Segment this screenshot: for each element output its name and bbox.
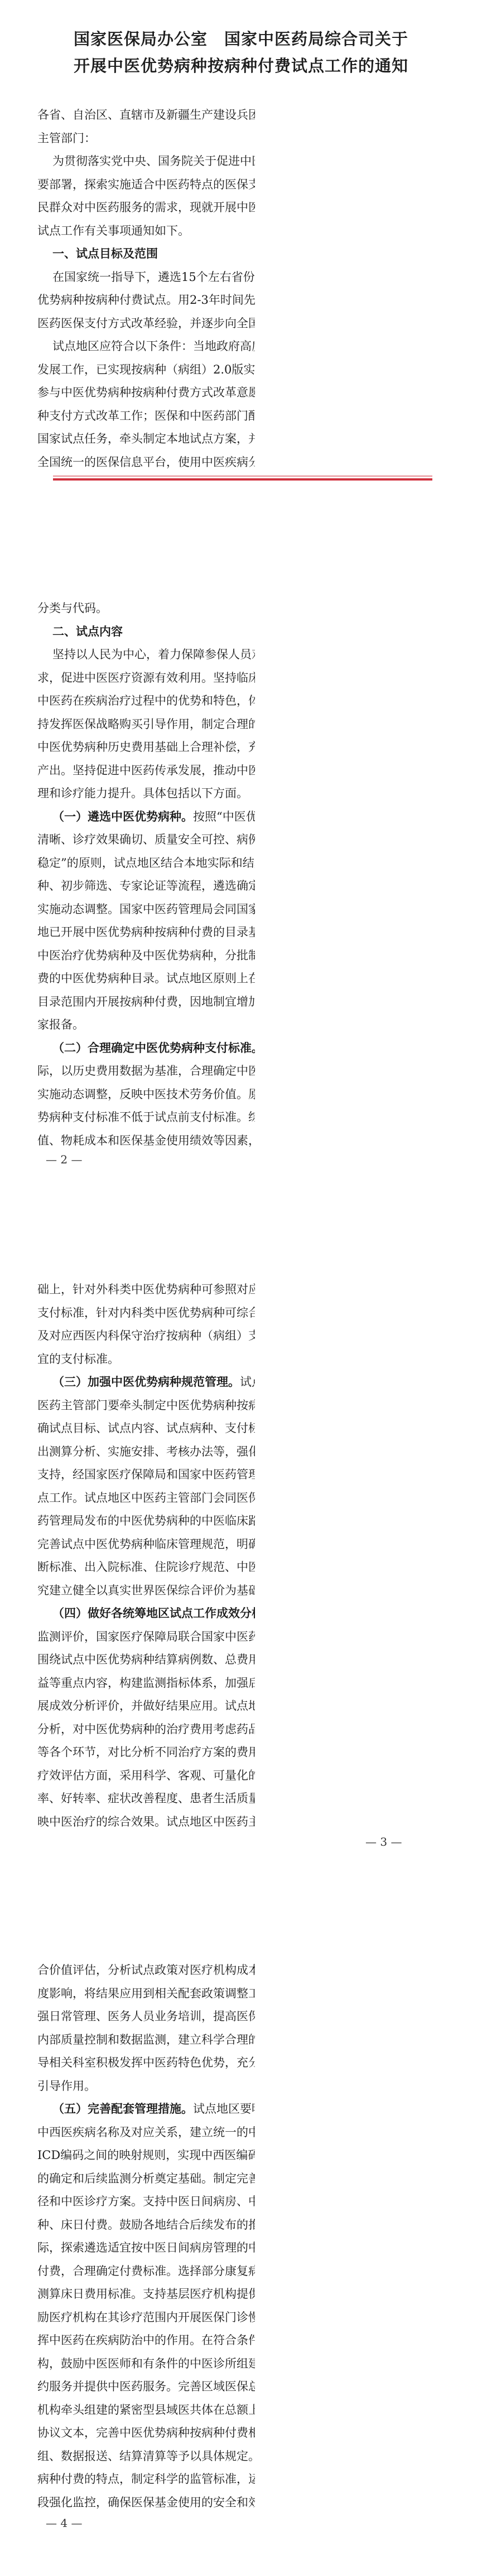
text-line: 全国统一的医保信息平台，使用中医疾病分类与代码、中医证候 [37, 451, 255, 474]
text-line: 为贯彻落实党中央、国务院关于促进中医药传承创新发展重 [37, 150, 255, 173]
text-line: 试点地区应符合以下条件：当地政府高度重视医保和中医药 [37, 335, 255, 358]
text-line: 础上，针对外科类中医优势病种可参照对应西医按病种（病组） [37, 1278, 255, 1302]
text-line: 种、床日付费。鼓励各地结合后续发布的推荐病种目录和本地实 [37, 2214, 255, 2237]
text-line: 求，促进中医医疗资源有效利用。坚持临床价值导向，充分发挥 [37, 667, 255, 690]
text-line: 医药主管部门要牵头制定中医优势病种按病种付费试点方案，明 [37, 1394, 255, 1418]
text-line: 家报备。 [37, 1013, 255, 1037]
text-line: 中医治疗优势病种及中医优势病种，分批制定发布适宜按病种付 [37, 944, 255, 968]
text-line: （三）加强中医优势病种规范管理。试点地区医保部门和中 [37, 1371, 255, 1394]
text-line: 稳定”的原则，试点地区结合本地实际和结算数据，通过收集病 [37, 852, 255, 875]
text-line: 出测算分析、实施安排、考核办法等，强化信息系统和配套政策 [37, 1440, 255, 1464]
text-line: 展成效分析评价，并做好结果应用。试点地区要加强疗效和费用 [37, 1695, 255, 1718]
text-line: 地已开展中医优势病种按病种付费的目录基础上，结合已发布的 [37, 921, 255, 944]
text-line: 中医药在疾病治疗过程中的优势和特色，体现中医服务价值。坚 [37, 690, 255, 713]
text-line: 点工作。试点地区中医药主管部门会同医保部门，参考国家中医 [37, 1487, 255, 1510]
text-line: 实施动态调整。国家中医药管理局会同国家医疗保障局，将在各 [37, 898, 255, 921]
text-line: 等各个环节，对比分析不同治疗方案的费用构成和治疗效果，在 [37, 1741, 255, 1764]
text-line: 产出。坚持促进中医药传承发展，推动中医优势病种的规范化管 [37, 759, 255, 783]
red-separator-thick [53, 478, 432, 481]
text-line: 组、数据报送、结算清算等予以具体规定。针对中医优势病种按 [37, 2445, 255, 2468]
page-4-body: 合价值评估，分析试点政策对医疗机构成本、收益和患者获益程度影响，将结果应用到相关… [37, 1959, 255, 2514]
text-line: 付费，合理确定付费标准。选择部分康复病种按床日付费，合理 [37, 2260, 255, 2283]
text-line: 主管部门： [37, 127, 255, 151]
text-line: 分类与代码。 [37, 597, 255, 620]
text-line: 理和诊疗能力提升。具体包括以下方面。 [37, 782, 255, 806]
text-line: 各省、自治区、直辖市及新疆生产建设兵团医疗保障局、中医药 [37, 104, 255, 127]
text-line: （一）遴选中医优势病种。按照“中医优势明显、临床路径 [37, 806, 255, 829]
text-line: 参与中医优势病种按病种付费方式改革意愿或已开展中医优势病 [37, 381, 255, 405]
text-line: 发展工作，已实现按病种（病组）2.0版实际付费，且有较强的 [37, 358, 255, 382]
red-separator-thin [53, 476, 432, 477]
text-line: 监测评价，国家医疗保障局联合国家中医药管理局组建专家组， [37, 1626, 255, 1649]
document-page: 国家医保局办公室 国家中医药局综合司关于 开展中医优势病种按病种付费试点工作的通… [0, 0, 482, 2576]
text-line: 及对应西医内科保守治疗按病种（病组）支付标准，合理确定适 [37, 1325, 255, 1348]
page-3-body: 础上，针对外科类中医优势病种可参照对应西医按病种（病组）支付标准，针对内科类中医… [37, 1278, 255, 1833]
text-line: 势病种支付标准不低于试点前支付标准。综合考虑技术劳务价 [37, 1106, 255, 1129]
text-line: 医药医保支付方式改革经验，并逐步向全国推广。 [37, 312, 255, 336]
text-line: 值、物耗成本和医保基金使用绩效等因素，在保证疗效相当的基 [37, 1129, 255, 1153]
text-line: 引导作用。 [37, 2075, 255, 2098]
text-line: 民群众对中医药服务的需求，现就开展中医优势病种按病种付费 [37, 196, 255, 220]
subsection-lead: （四）做好各统筹地区试点工作成效分析。 [52, 1607, 255, 1620]
text-line: 围绕试点中医优势病种结算病例数、总费用、基金支付和患者受 [37, 1648, 255, 1672]
page-number-4: — 4 — [46, 2516, 82, 2530]
text-line: 疗效评估方面，采用科学、客观、可量化的指标体系，如治愈 [37, 1764, 255, 1788]
text-line: 要部署，探索实施适合中医药特点的医保支付方式，更好满足人 [37, 173, 255, 197]
text-line: 强日常管理、医务人员业务培训，提高医保结算清单质量，强化 [37, 2005, 255, 2029]
text-line: 度影响，将结果应用到相关配套政策调整工作。指导医疗机构加 [37, 1982, 255, 2006]
text-line: 映中医治疗的综合效果。试点地区中医药主管部门要定期开展综 [37, 1811, 255, 1834]
text-line: 病种付费的特点，制定科学的监管标准，运用大数据等信息化手 [37, 2468, 255, 2491]
text-line: 完善试点中医优势病种临床管理规范，明确试点病种的中西医诊 [37, 1533, 255, 1556]
text-line: 段强化监控，确保医保基金使用的安全和效率。 [37, 2491, 255, 2515]
text-line: 内部质量控制和数据监测，建立科学合理的激励和分配机制，引 [37, 2029, 255, 2052]
text-line: 国家试点任务，牵头制定本地试点方案，并统筹推进试点；依托 [37, 428, 255, 451]
text-line: 合价值评估，分析试点政策对医疗机构成本、收益和患者获益程 [37, 1959, 255, 1982]
page-1-body: 各省、自治区、直辖市及新疆生产建设兵团医疗保障局、中医药主管部门：为贯彻落实党中… [37, 104, 255, 474]
document-title-line-1: 国家医保局办公室 国家中医药局综合司关于 [0, 28, 482, 50]
text-line: 挥中医药在疾病防治中的作用。在符合条件的基层医疗卫生机 [37, 2329, 255, 2352]
text-line: （二）合理确定中医优势病种支付标准。各地可结合本地实 [37, 1037, 255, 1060]
text-line: 率、好转率、症状改善程度、患者生活质量改善情况等，全面反 [37, 1787, 255, 1811]
text-line: 的确定和后续监测分析奠定基础。制定完善试点病种中医临床路 [37, 2167, 255, 2191]
page-number-3: — 3 — [365, 1835, 402, 1849]
text-line: 优势病种按病种付费试点。用2-3年时间先行先试积累一批中 [37, 289, 255, 312]
text-line: 坚持以人民为中心，着力保障参保人员对中医药服务的需 [37, 643, 255, 667]
text-line: 协议文本，完善中医优势病种按病种付费相关内容，对总额、分 [37, 2422, 255, 2445]
text-line: 际，探索遴选适宜按中医日间病房管理的中医病种，实施按病种 [37, 2237, 255, 2260]
text-line: 在国家统一指导下，遴选15个左右省份或地级市开展中医 [37, 266, 255, 289]
text-line: 励医疗机构在其诊疗范围内开展医保门诊慢特病的诊疗，充分发 [37, 2306, 255, 2330]
text-line: 药管理局发布的中医优势病种的中医临床路径和中医诊疗方案， [37, 1510, 255, 1533]
text-line: 机构牵头组建的紧密型县域医共体在总额上适当倾斜。规范本地 [37, 2399, 255, 2422]
page-2-body: 分类与代码。二、试点内容坚持以人民为中心，着力保障参保人员对中医药服务的需求，促… [37, 597, 255, 1152]
document-title-line-2: 开展中医优势病种按病种付费试点工作的通知 [0, 55, 482, 77]
text-line: 测算床日费用标准。支持基层医疗机构提供门诊中医药服务。鼓 [37, 2283, 255, 2306]
text-line: 确试点目标、试点内容、试点病种、支付标准测算方法、基金支 [37, 1417, 255, 1440]
section-heading: 二、试点内容 [37, 620, 255, 644]
text-line: 实施动态调整，反映中医技术劳务价值。原则上，试点后中医优 [37, 1083, 255, 1107]
text-line: 分析，对中医优势病种的治疗费用考虑药品、诊疗、检查、护理 [37, 1718, 255, 1741]
text-line: 导相关科室积极发挥中医药特色优势，充分体现支付方式改革的 [37, 2051, 255, 2075]
text-line: 构，鼓励中医医师和有条件的中医诊所组建团队开展家庭医生签 [37, 2352, 255, 2376]
text-line: 种支付方式改革工作；医保和中医药部门配合密切，有能力承担 [37, 405, 255, 428]
text-line: 究建立健全以真实世界医保综合评价为基础的评价办法。 [37, 1579, 255, 1603]
text-line: 清晰、诊疗效果确切、质量安全可控、病例数量充足、费用相对 [37, 828, 255, 852]
text-line: 种、初步筛选、专家论证等流程，遴选确定本地中医优势病种， [37, 875, 255, 898]
text-line: 目录范围内开展按病种付费，因地制宜增加试点病种的，应向国 [37, 991, 255, 1014]
text-line: 支持，经国家医疗保障局和国家中医药管理局正式批复后开展试 [37, 1463, 255, 1487]
page-number-2: — 2 — [46, 1153, 82, 1166]
text-line: （四）做好各统筹地区试点工作成效分析。要强化试点实施 [37, 1602, 255, 1626]
text-line: 持发挥医保战略购买引导作用，制定合理的按病种付费标准，在 [37, 713, 255, 736]
text-line: 宜的支付标准。 [37, 1348, 255, 1371]
subsection-lead: （三）加强中医优势病种规范管理。 [52, 1375, 240, 1389]
text-line: （五）完善配套管理措施。试点地区要明确中医优势病种的 [37, 2098, 255, 2121]
text-line: ICD编码之间的映射规则，实现中西医编码的衔接，为支付标准 [37, 2144, 255, 2167]
subsection-lead: （五）完善配套管理措施。 [52, 2102, 193, 2116]
text-line: 际，以历史费用数据为基准，合理确定中医优势病种支付标准并 [37, 1060, 255, 1083]
text-line: 益等重点内容，构建监测指标体系，加强后续跟踪监测，定期开 [37, 1672, 255, 1695]
text-line: 中西医疾病名称及对应关系，建立统一的中医TCD编码和西医 [37, 2121, 255, 2145]
text-line: 试点工作有关事项通知如下。 [37, 220, 255, 243]
text-line: 径和中医诊疗方案。支持中医日间病房、中医康复病房等按病 [37, 2190, 255, 2214]
text-line: 中医优势病种历史费用基础上合理补偿，充分反映中医医疗服务 [37, 736, 255, 759]
section-heading: 一、试点目标及范围 [37, 242, 255, 266]
text-line: 断标准、出入院标准、住院诊疗规范、中医主要治疗技术等。研 [37, 1556, 255, 1579]
text-line: 费的中医优势病种目录。试点地区原则上在国家统一明确的病种 [37, 967, 255, 991]
text-line: 约服务并提供中医药服务。完善区域医保总额管理，对中医医疗 [37, 2375, 255, 2399]
text-line: 支付标准，针对内科类中医优势病种可综合考虑历史费用数据以 [37, 1302, 255, 1325]
subsection-lead: （二）合理确定中医优势病种支付标准。 [52, 1041, 255, 1055]
subsection-lead: （一）遴选中医优势病种。 [52, 810, 193, 823]
